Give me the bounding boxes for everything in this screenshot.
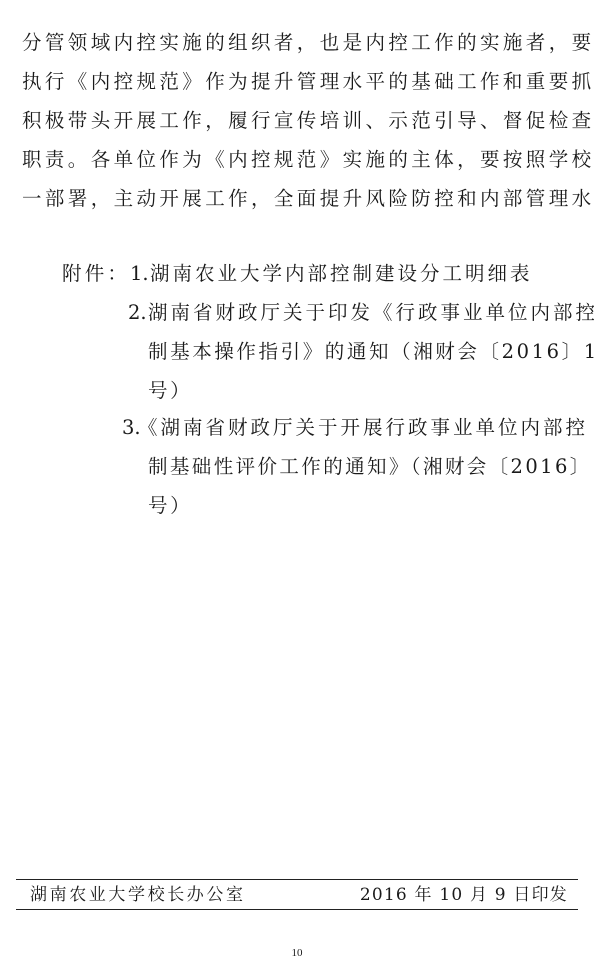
footer-bottom-rule (16, 909, 578, 910)
page-number: 10 (0, 947, 594, 959)
footer-issuer: 湖南农业大学校长办公室 (30, 884, 246, 906)
paragraph-line: 积极带头开展工作，履行宣传培训、示范引导、督促检查等 (22, 109, 594, 133)
attachment-number: 2. (128, 301, 147, 325)
attachments-label: 附件： (62, 262, 130, 286)
paragraph-line: 职责。各单位作为《内控规范》实施的主体，要按照学校统 (22, 148, 594, 172)
attachment-title: 号） (148, 494, 192, 518)
attachment-title: 湖南省财政厅关于印发《行政事业单位内部控 (148, 301, 594, 325)
paragraph-line: 一部署，主动开展工作，全面提升风险防控和内部管理水平。 (22, 187, 594, 211)
attachment-title: 制基础性评价工作的通知》（湘财会〔2016〕16 (148, 455, 594, 479)
attachment-title: 制基本操作指引》的通知（湘财会〔2016〕12 (148, 340, 594, 364)
paragraph-line: 执行《内控规范》作为提升管理水平的基础工作和重要抓手， (22, 70, 594, 94)
footer-date: 2016 年 10 月 9 日印发 (360, 884, 568, 906)
attachment-number: 1. (130, 262, 149, 286)
paragraph-line: 分管领域内控实施的组织者，也是内控工作的实施者，要把 (22, 31, 594, 55)
footer-top-rule (16, 879, 578, 880)
attachment-title: 号） (148, 379, 192, 403)
attachment-title: 湖南农业大学内部控制建设分工明细表 (150, 262, 533, 286)
attachment-title: 《湖南省财政厅关于开展行政事业单位内部控 (138, 416, 588, 440)
